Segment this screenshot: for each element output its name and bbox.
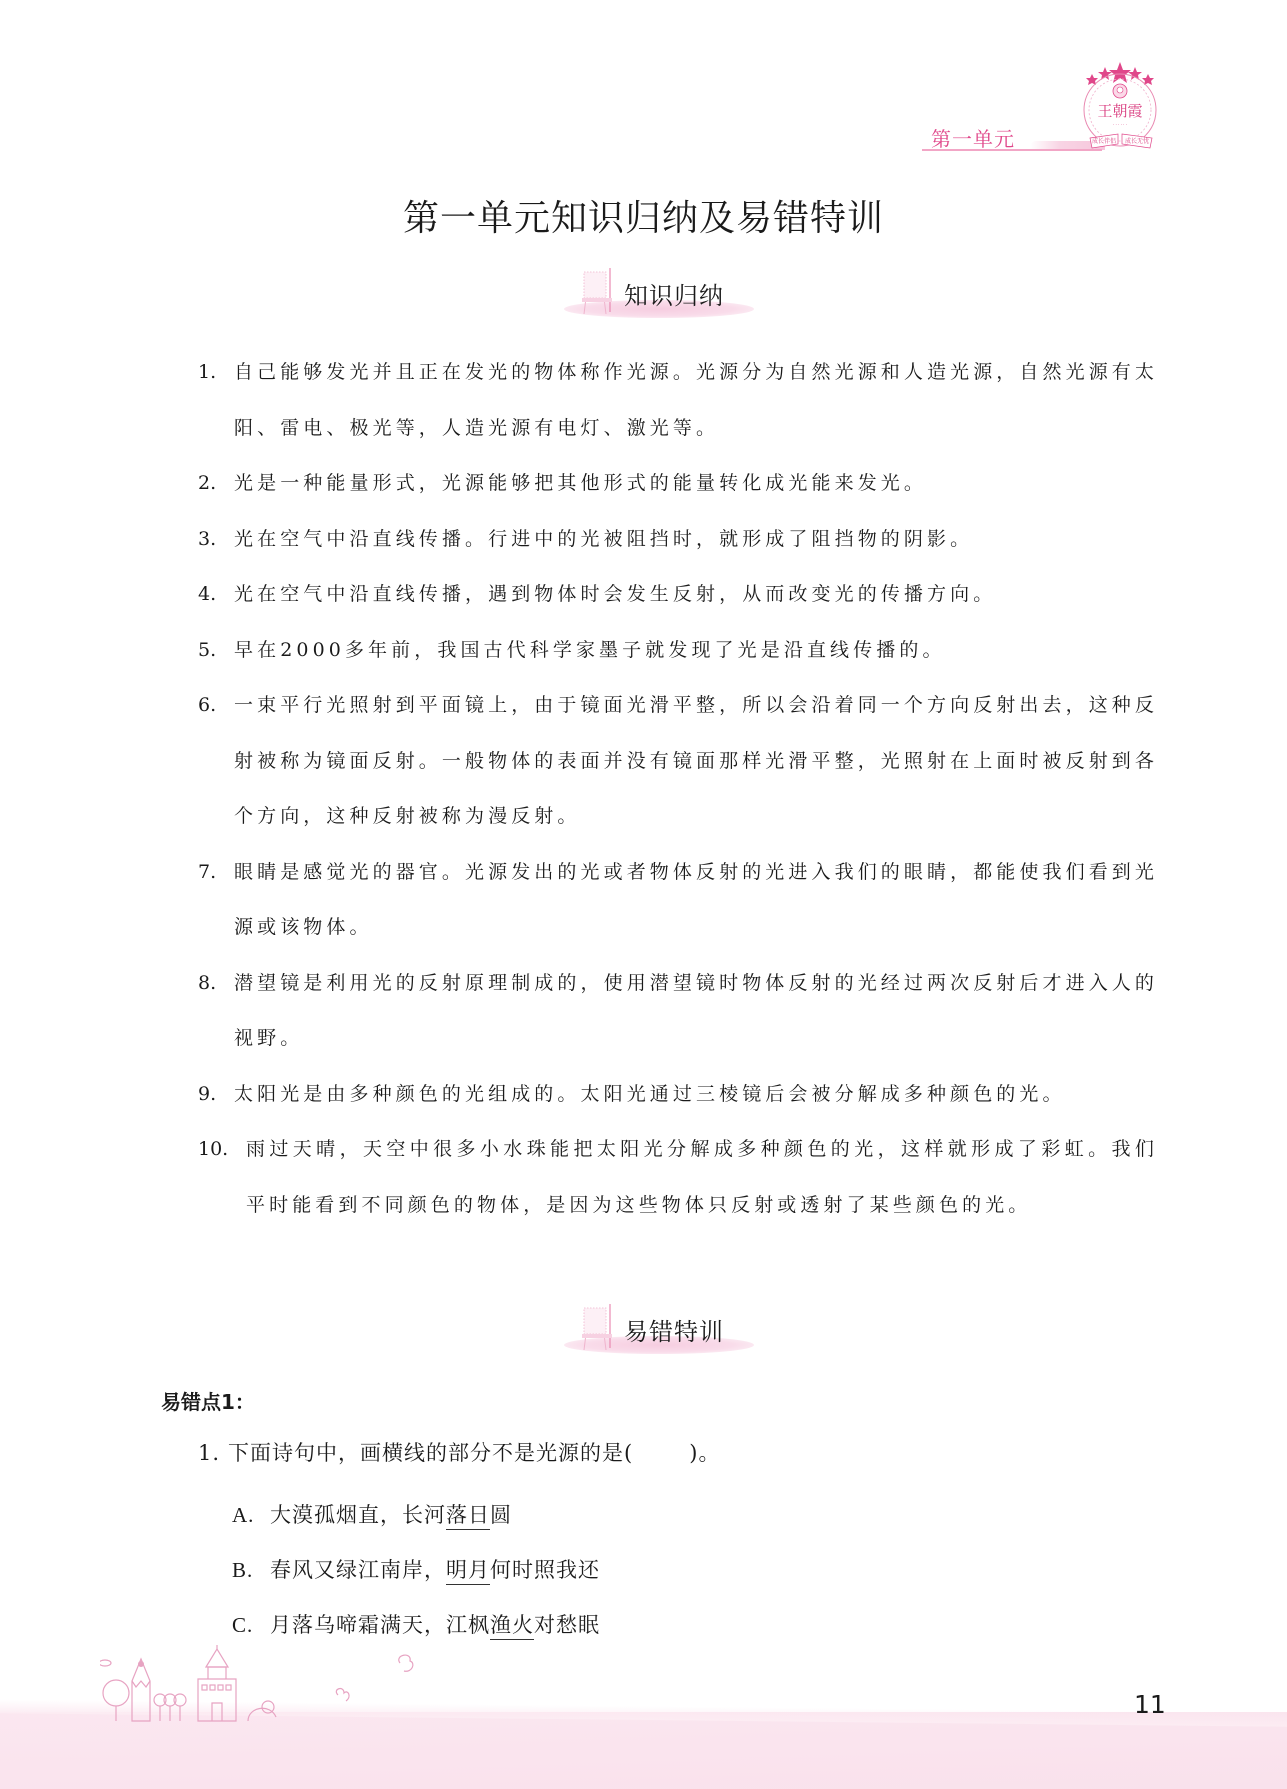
knowledge-item: 10.雨过天晴，天空中很多小水珠能把太阳光分解成多种颜色的光，这样就形成了彩虹。… (198, 1122, 1158, 1233)
question-text-end: )。 (689, 1441, 720, 1465)
item-number: 8. (198, 956, 234, 1067)
option-letter: B. (232, 1543, 270, 1598)
option-text: 春风又绿江南岸， (270, 1558, 446, 1582)
option-text: 何时照我还 (490, 1558, 600, 1582)
knowledge-item: 1.自己能够发光并且正在发光的物体称作光源。光源分为自然光源和人造光源，自然光源… (198, 345, 1158, 456)
page-title: 第一单元知识归纳及易错特训 (0, 190, 1287, 241)
knowledge-item: 4.光在空气中沿直线传播，遇到物体时会发生反射，从而改变光的传播方向。 (198, 567, 1158, 623)
easel-icon (578, 1302, 622, 1354)
option-text: 对愁眠 (534, 1613, 600, 1637)
knowledge-item: 6.一束平行光照射到平面镜上，由于镜面光滑平整，所以会沿着同一个方向反射出去，这… (198, 678, 1158, 845)
item-text: 早在2000多年前，我国古代科学家墨子就发现了光是沿直线传播的。 (234, 623, 1158, 679)
option-text: 圆 (490, 1503, 512, 1527)
item-text: 太阳光是由多种颜色的光组成的。太阳光通过三棱镜后会被分解成多种颜色的光。 (234, 1067, 1158, 1123)
item-number: 4. (198, 567, 234, 623)
option-list: A.大漠孤烟直，长河落日圆 B.春风又绿江南岸，明月何时照我还 C.月落乌啼霜满… (232, 1488, 600, 1653)
option-text: 月落乌啼霜满天，江枫 (270, 1613, 490, 1637)
item-number: 9. (198, 1067, 234, 1123)
town-doodle-icon (100, 1645, 660, 1725)
knowledge-list: 1.自己能够发光并且正在发光的物体称作光源。光源分为自然光源和人造光源，自然光源… (198, 345, 1158, 1233)
item-text: 一束平行光照射到平面镜上，由于镜面光滑平整，所以会沿着同一个方向反射出去，这种反… (234, 678, 1158, 845)
option-a[interactable]: A.大漠孤烟直，长河落日圆 (232, 1488, 600, 1543)
knowledge-item: 8.潜望镜是利用光的反射原理制成的，使用潜望镜时物体反射的光经过两次反射后才进入… (198, 956, 1158, 1067)
brand-seal-icon: 王朝霞 · · · · · · 成长伴侣 成长无忧 (1070, 58, 1170, 158)
question-number: 1. (198, 1441, 220, 1465)
knowledge-item: 9.太阳光是由多种颜色的光组成的。太阳光通过三棱镜后会被分解成多种颜色的光。 (198, 1067, 1158, 1123)
section-banner-mistakes: 易错特训 (560, 1298, 760, 1360)
item-number: 1. (198, 345, 234, 456)
svg-text:成长无忧: 成长无忧 (1125, 137, 1149, 145)
knowledge-item: 7.眼睛是感觉光的器官。光源发出的光或者物体反射的光进入我们的眼睛，都能使我们看… (198, 845, 1158, 956)
question-stem: 1.下面诗句中，画横线的部分不是光源的是()。 (198, 1437, 720, 1467)
item-text: 潜望镜是利用光的反射原理制成的，使用潜望镜时物体反射的光经过两次反射后才进入人的… (234, 956, 1158, 1067)
section-title-knowledge: 知识归纳 (624, 276, 724, 311)
knowledge-item: 5.早在2000多年前，我国古代科学家墨子就发现了光是沿直线传播的。 (198, 623, 1158, 679)
option-text: 大漠孤烟直，长河 (270, 1503, 446, 1527)
item-text: 光是一种能量形式，光源能够把其他形式的能量转化成光能来发光。 (234, 456, 1158, 512)
item-number: 6. (198, 678, 234, 845)
option-underlined: 明月 (446, 1558, 490, 1585)
mistake-point-heading: 易错点1： (161, 1386, 255, 1415)
item-text: 自己能够发光并且正在发光的物体称作光源。光源分为自然光源和人造光源，自然光源有太… (234, 345, 1158, 456)
easel-icon (578, 266, 622, 318)
option-letter: A. (232, 1488, 270, 1543)
item-number: 7. (198, 845, 234, 956)
svg-text:成长伴侣: 成长伴侣 (1092, 137, 1116, 145)
item-text: 雨过天晴，天空中很多小水珠能把太阳光分解成多种颜色的光，这样就形成了彩虹。我们平… (246, 1122, 1158, 1233)
option-underlined: 渔火 (490, 1613, 534, 1640)
item-number: 10. (198, 1122, 246, 1233)
section-banner-knowledge: 知识归纳 (560, 262, 760, 324)
svg-text:王朝霞: 王朝霞 (1097, 102, 1142, 120)
svg-text:· · · · · ·: · · · · · · (1113, 122, 1127, 127)
unit-tag: 第一单元 (931, 123, 1015, 152)
option-b[interactable]: B.春风又绿江南岸，明月何时照我还 (232, 1543, 600, 1598)
knowledge-item: 2.光是一种能量形式，光源能够把其他形式的能量转化成光能来发光。 (198, 456, 1158, 512)
item-text: 光在空气中沿直线传播。行进中的光被阻挡时，就形成了阻挡物的阴影。 (234, 512, 1158, 568)
item-text: 光在空气中沿直线传播，遇到物体时会发生反射，从而改变光的传播方向。 (234, 567, 1158, 623)
option-underlined: 落日 (446, 1503, 490, 1530)
page-number: 11 (1134, 1690, 1166, 1719)
knowledge-item: 3.光在空气中沿直线传播。行进中的光被阻挡时，就形成了阻挡物的阴影。 (198, 512, 1158, 568)
item-number: 5. (198, 623, 234, 679)
item-number: 2. (198, 456, 234, 512)
question-text: 下面诗句中，画横线的部分不是光源的是( (228, 1441, 633, 1465)
item-number: 3. (198, 512, 234, 568)
section-title-mistakes: 易错特训 (624, 1312, 724, 1347)
item-text: 眼睛是感觉光的器官。光源发出的光或者物体反射的光进入我们的眼睛，都能使我们看到光… (234, 845, 1158, 956)
